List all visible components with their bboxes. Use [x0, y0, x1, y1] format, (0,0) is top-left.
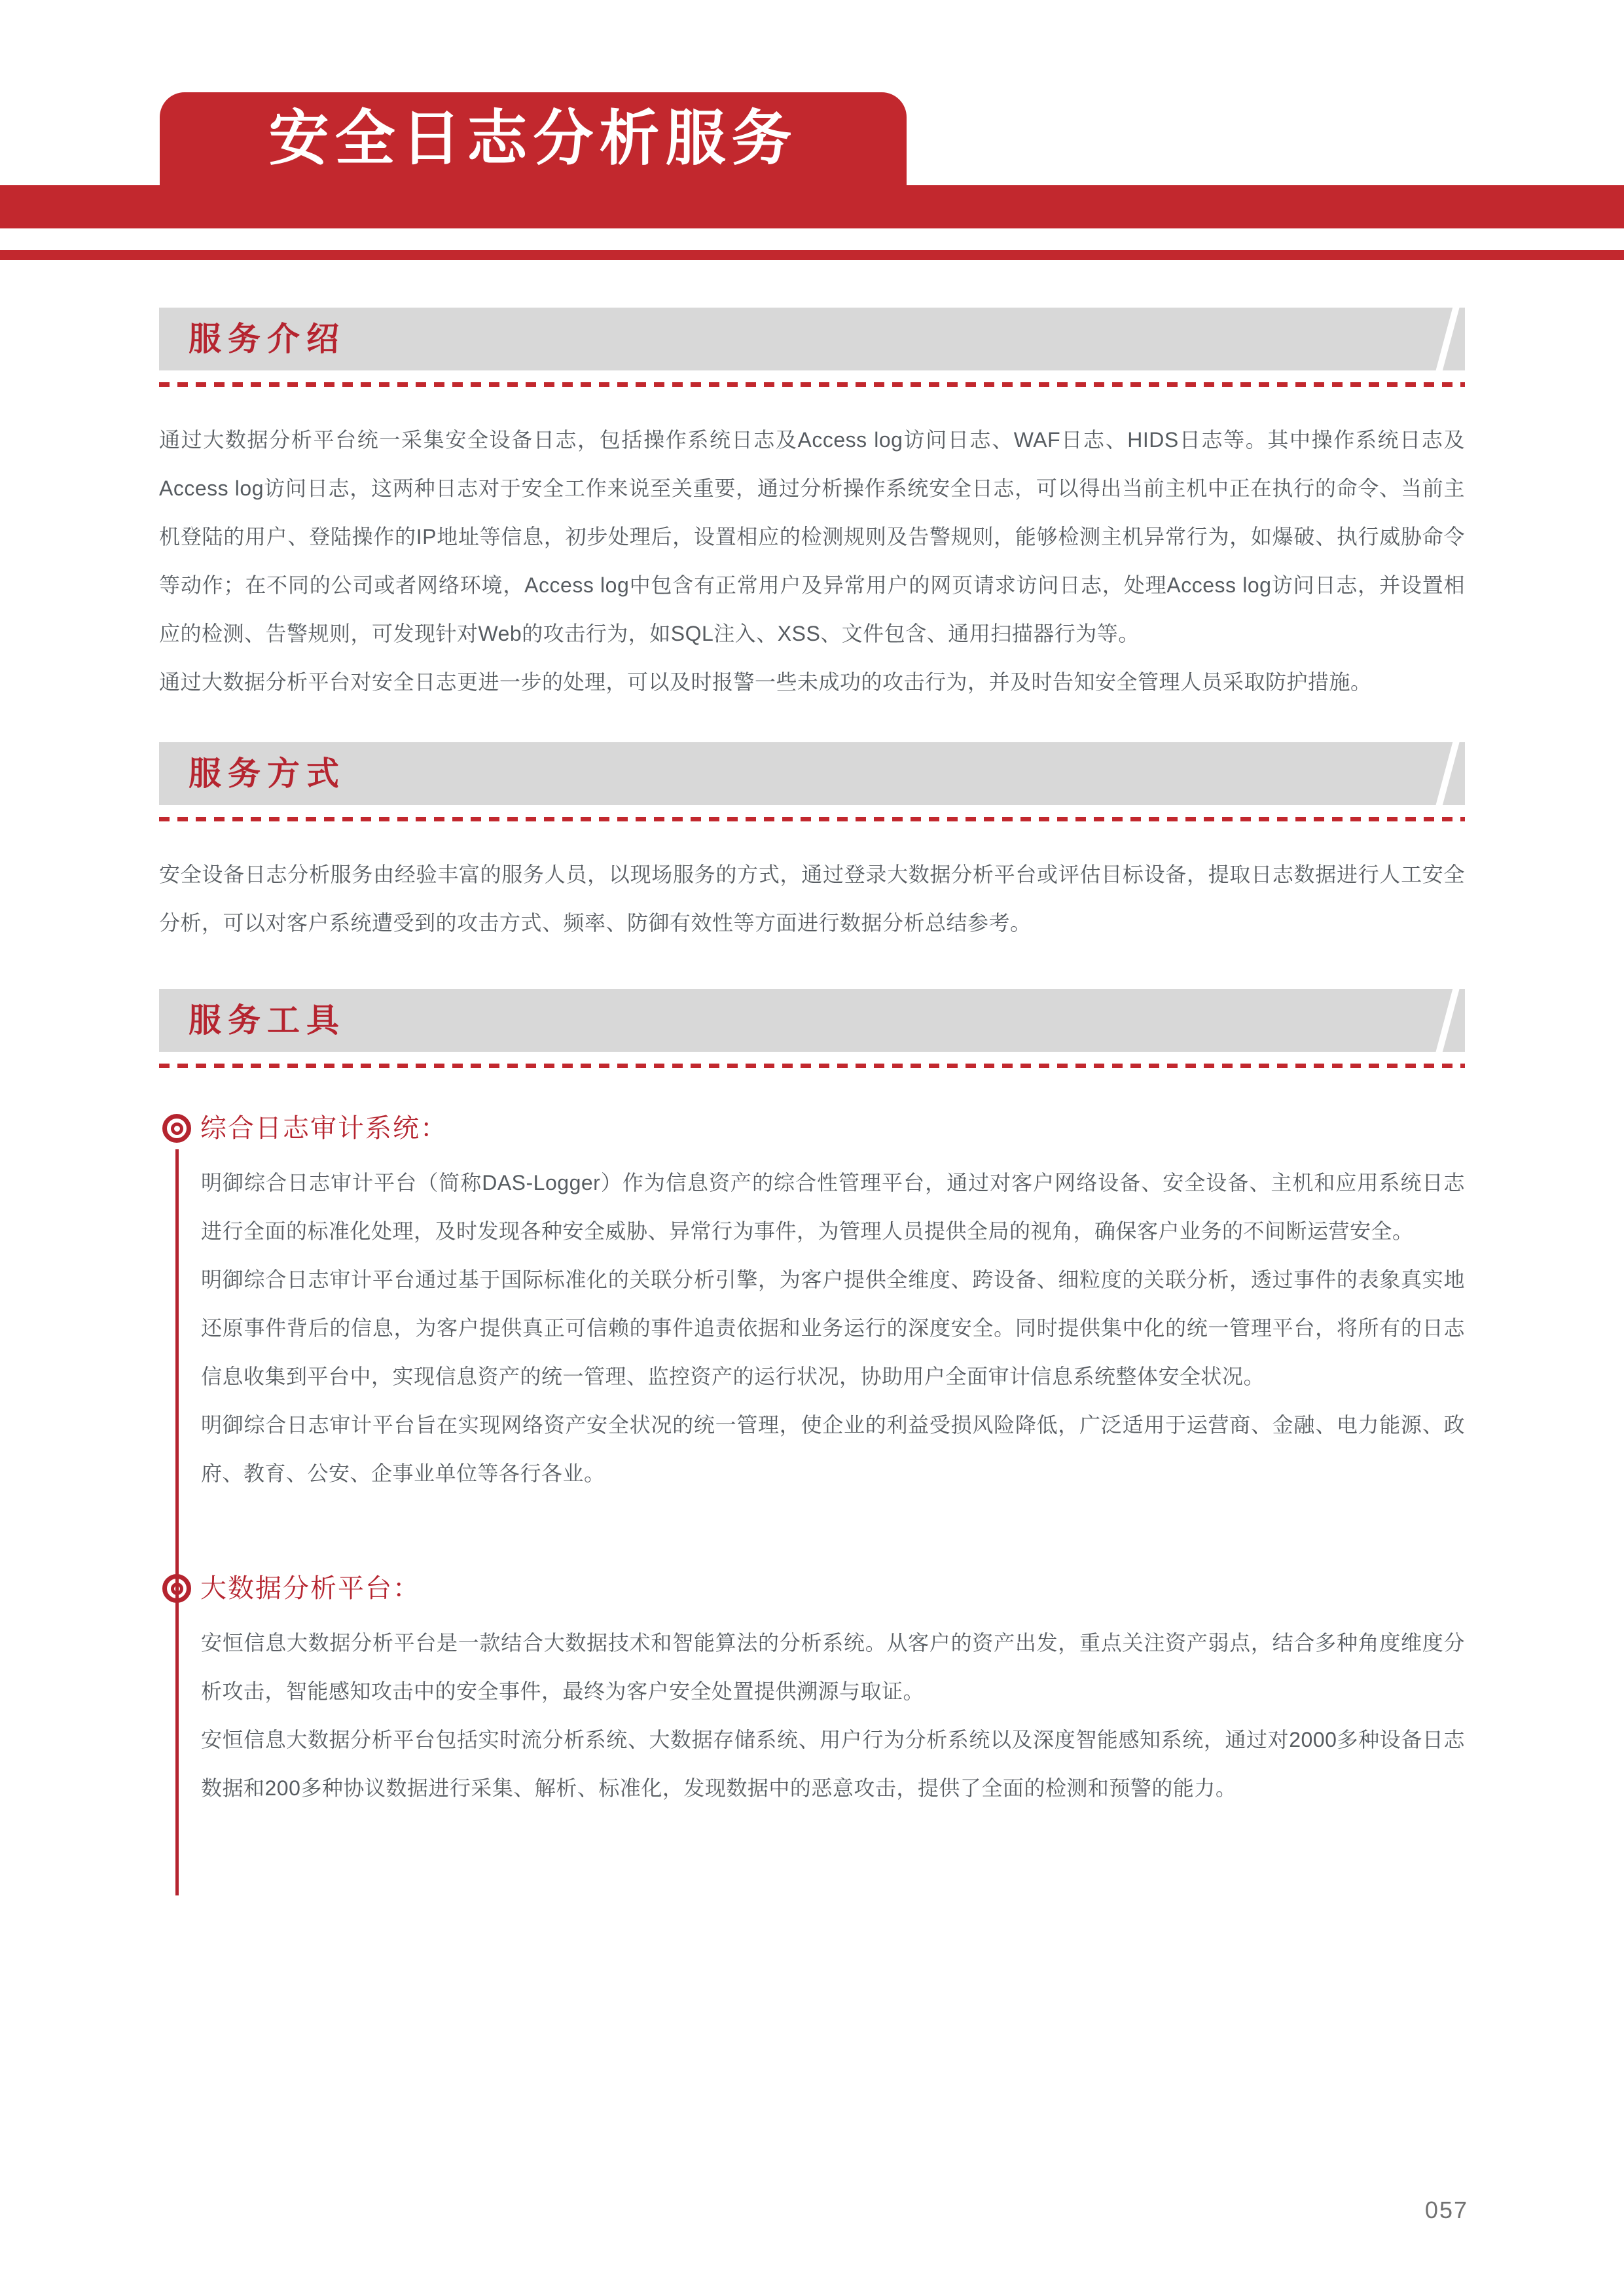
section-header-wrap: 服务方式: [159, 742, 1465, 821]
band-slash-decoration: [1432, 989, 1462, 1052]
section-header-wrap: 服务介绍: [159, 308, 1465, 387]
page-number: 057: [1425, 2197, 1468, 2224]
section-header-band: 服务方式: [159, 742, 1465, 805]
red-vertical-rule: [175, 1609, 179, 1895]
tool-name: 综合日志审计系统：: [200, 1115, 448, 1141]
page-content: 服务介绍 通过大数据分析平台统一采集安全设备日志，包括操作系统日志及Access…: [159, 308, 1465, 1812]
section-service-intro: 服务介绍 通过大数据分析平台统一采集安全设备日志，包括操作系统日志及Access…: [159, 308, 1465, 706]
paragraph: 明御综合日志审计平台旨在实现网络资产安全状况的统一管理，使企业的利益受损风险降低…: [201, 1401, 1465, 1498]
dashed-divider: [159, 382, 1465, 387]
tool-heading: 综合日志审计系统：: [162, 1114, 1465, 1143]
section-header-wrap: 服务工具: [159, 989, 1465, 1068]
dashed-divider: [159, 1064, 1465, 1068]
section-header-band: 服务介绍: [159, 308, 1465, 370]
paragraph: 安全设备日志分析服务由经验丰富的服务人员，以现场服务的方式，通过登录大数据分析平…: [159, 850, 1465, 947]
paragraph: 安恒信息大数据分析平台包括实时流分析系统、大数据存储系统、用户行为分析系统以及深…: [201, 1715, 1465, 1812]
paragraph: 明御综合日志审计平台（简称DAS-Logger）作为信息资产的综合性管理平台，通…: [201, 1158, 1465, 1255]
tool-heading: 大数据分析平台：: [162, 1574, 1465, 1603]
section-service-method: 服务方式 安全设备日志分析服务由经验丰富的服务人员，以现场服务的方式，通过登录大…: [159, 742, 1465, 947]
tool-name: 大数据分析平台：: [200, 1575, 420, 1602]
section-heading: 服务工具: [189, 1004, 346, 1037]
header-stripe-gap: [0, 228, 1624, 250]
tool-body: 安恒信息大数据分析平台是一款结合大数据技术和智能算法的分析系统。从客户的资产出发…: [201, 1619, 1465, 1812]
section-body: 安全设备日志分析服务由经验丰富的服务人员，以现场服务的方式，通过登录大数据分析平…: [159, 850, 1465, 947]
section-header-band: 服务工具: [159, 989, 1465, 1052]
page-title: 安全日志分析服务: [268, 109, 797, 169]
red-vertical-rule: [175, 1149, 179, 1674]
band-slash-decoration: [1432, 308, 1462, 370]
tool-bigdata-platform: 大数据分析平台： 安恒信息大数据分析平台是一款结合大数据技术和智能算法的分析系统…: [159, 1574, 1465, 1812]
band-slash-decoration: [1432, 742, 1462, 805]
header-stripe-thick: [0, 185, 1624, 228]
paragraph: 明御综合日志审计平台通过基于国际标准化的关联分析引擎，为客户提供全维度、跨设备、…: [201, 1255, 1465, 1401]
page-header: 安全日志分析服务: [0, 92, 1624, 260]
page-title-banner: 安全日志分析服务: [160, 92, 907, 185]
header-stripe-thin: [0, 250, 1624, 260]
bullseye-bullet-icon: [162, 1114, 191, 1143]
document-page: 安全日志分析服务 服务介绍 通过大数据分析平台统一采集安全设备日志，包括操作系统…: [0, 0, 1624, 2296]
paragraph: 安恒信息大数据分析平台是一款结合大数据技术和智能算法的分析系统。从客户的资产出发…: [201, 1619, 1465, 1715]
dashed-divider: [159, 817, 1465, 821]
section-body: 通过大数据分析平台统一采集安全设备日志，包括操作系统日志及Access log访…: [159, 416, 1465, 706]
paragraph: 通过大数据分析平台对安全日志更进一步的处理，可以及时报警一些未成功的攻击行为，并…: [159, 658, 1465, 706]
tool-body: 明御综合日志审计平台（简称DAS-Logger）作为信息资产的综合性管理平台，通…: [201, 1158, 1465, 1498]
section-heading: 服务方式: [189, 757, 346, 790]
section-service-tools: 服务工具 综合日志审计系统： 明御综合日志审计平台（简称DAS-Logger）作…: [159, 989, 1465, 1812]
section-heading: 服务介绍: [189, 323, 346, 355]
tool-log-audit-system: 综合日志审计系统： 明御综合日志审计平台（简称DAS-Logger）作为信息资产…: [159, 1114, 1465, 1498]
paragraph: 通过大数据分析平台统一采集安全设备日志，包括操作系统日志及Access log访…: [159, 416, 1465, 658]
